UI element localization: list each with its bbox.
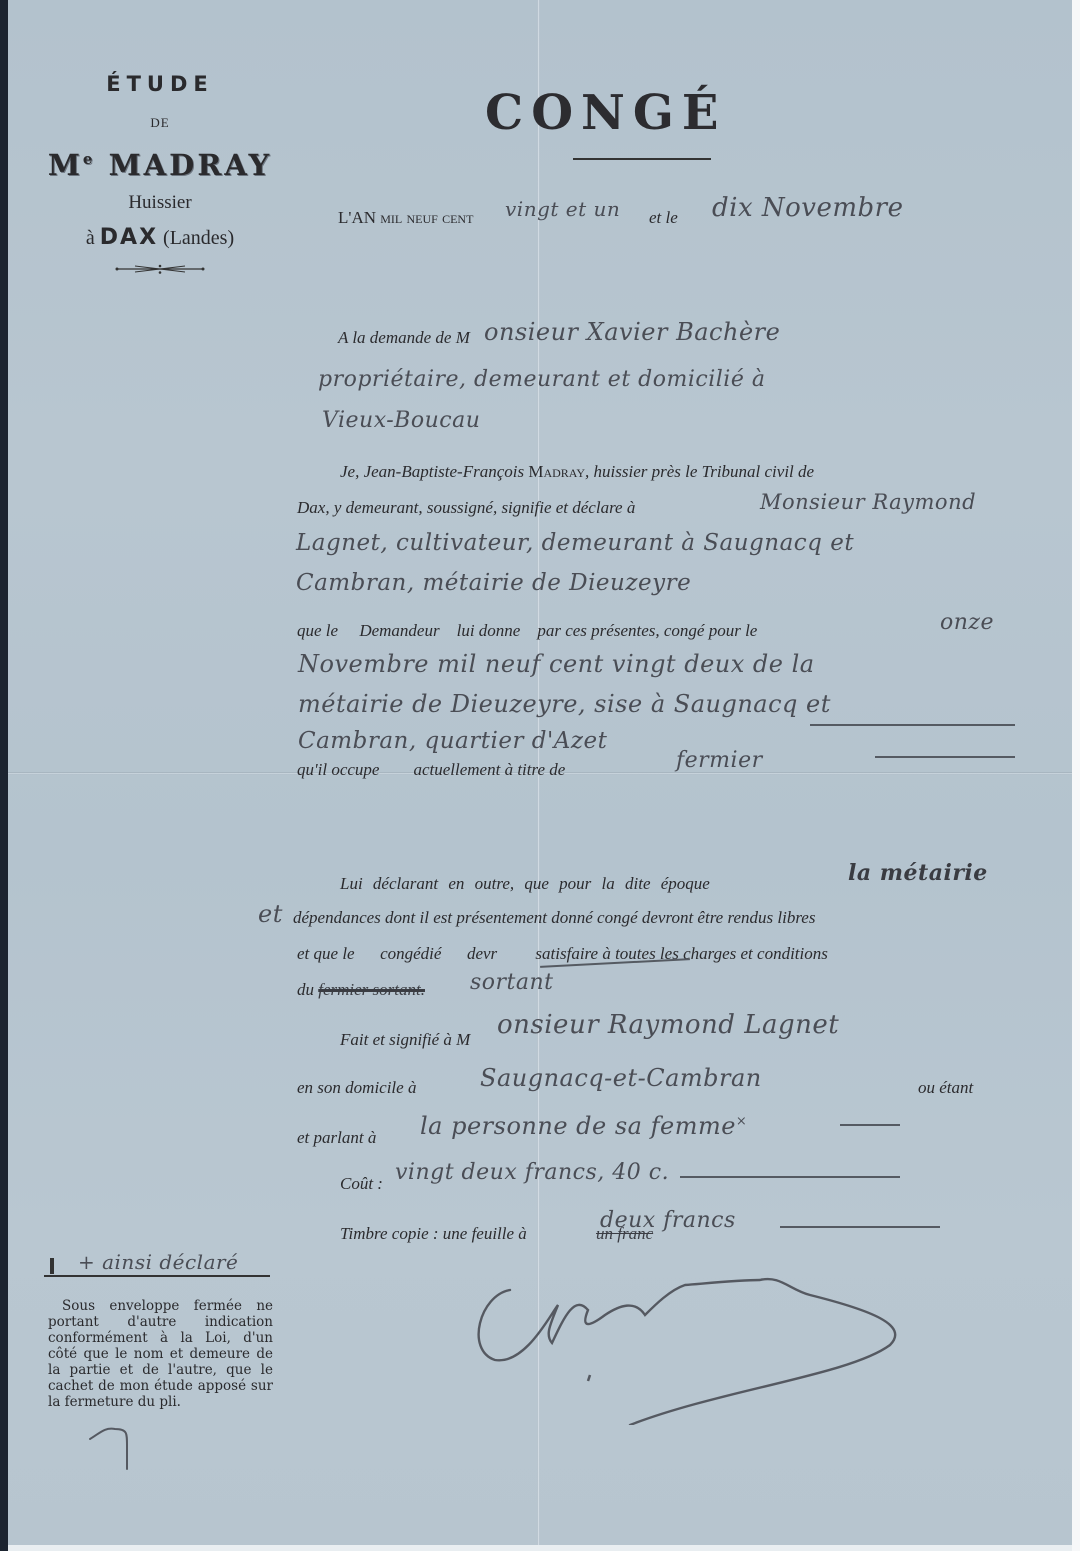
date-line-printed-2: et le xyxy=(649,208,678,228)
letterhead-etude: ÉTUDE xyxy=(30,72,290,96)
clause-line-1: Lui déclarant en outre, que pour la dite… xyxy=(340,874,710,894)
requester-name-handwritten: onsieur Xavier Bachère xyxy=(484,318,780,346)
huissier-name: MADRAY xyxy=(109,148,273,182)
requester-printed: A la demande de M xyxy=(338,328,470,348)
defendant-name-handwritten: Monsieur Raymond xyxy=(760,490,976,514)
service-printed-2b: ou étant xyxy=(918,1078,973,1098)
annotation-rule xyxy=(44,1275,270,1277)
notice-farm-handwritten: métairie de Dieuzeyre, sise à Saugnacq e… xyxy=(298,690,831,718)
clause-sortant-handwritten: sortant xyxy=(470,970,554,995)
defendant-details-handwritten: Lagnet, cultivateur, demeurant à Saugnac… xyxy=(296,530,854,556)
sidebar-annotation-handwritten: + ainsi déclaré xyxy=(78,1250,238,1274)
letterhead-location: à DAX (Landes) xyxy=(30,225,290,250)
date-day-handwritten: dix Novembre xyxy=(712,193,903,223)
paraph-mark-icon xyxy=(85,1425,135,1475)
cost-amount-handwritten: vingt deux francs, 40 c. xyxy=(395,1160,669,1185)
notice-day-handwritten: onze xyxy=(940,610,994,635)
scan-bottom-margin xyxy=(8,1545,1072,1551)
clause-et-handwritten: et xyxy=(258,900,283,928)
service-person-handwritten: onsieur Raymond Lagnet xyxy=(497,1010,839,1040)
notice-printed-1: que le Demandeur lui donne par ces prése… xyxy=(297,621,757,641)
clause-line-3: et que le congédié devr satisfaire à tou… xyxy=(297,944,828,964)
title-underline xyxy=(573,158,711,160)
clause-line-4: du fermier sortant. xyxy=(297,980,425,1000)
service-printed-2: en son domicile à xyxy=(297,1078,416,1098)
fill-line xyxy=(780,1226,940,1228)
scan-left-border xyxy=(0,0,8,1551)
fill-line xyxy=(680,1176,900,1178)
service-printed-1: Fait et signifié à M xyxy=(340,1030,470,1050)
notice-occupe-printed: qu'il occupe actuellement à titre de xyxy=(297,760,565,780)
date-year-handwritten: vingt et un xyxy=(505,197,620,221)
requester-occupation-handwritten: propriétaire, demeurant et domicilié à xyxy=(318,367,765,392)
maitre-prefix: M xyxy=(48,148,83,182)
declaration-line-2: Dax, y demeurant, soussigné, signifie et… xyxy=(297,498,635,518)
date-line-printed-1: L'AN mil neuf cent xyxy=(338,208,473,228)
city: DAX xyxy=(100,225,158,250)
scan-right-margin xyxy=(1072,0,1080,1551)
stamp-amount-handwritten: deux francs xyxy=(600,1208,736,1233)
document-title: CONGÉ xyxy=(485,85,726,141)
notice-title-handwritten: fermier xyxy=(676,748,763,773)
fill-line xyxy=(810,724,1015,726)
letterhead-de: DE xyxy=(30,115,290,131)
letterhead-name: Me MADRAY xyxy=(30,148,290,182)
struck-text: fermier sortant. xyxy=(318,980,425,999)
signature-icon xyxy=(470,1255,910,1425)
clause-line-2: dépendances dont il est présentement don… xyxy=(293,908,815,928)
cross-mark-vertical xyxy=(50,1258,54,1274)
sidebar-legal-note: Sous enveloppe fermée ne portant d'autre… xyxy=(48,1298,273,1410)
defendant-farm-handwritten: Cambran, métairie de Dieuzeyre xyxy=(296,570,691,596)
letterhead-title: Huissier xyxy=(30,192,290,214)
fill-line xyxy=(875,756,1015,758)
service-parlant-handwritten: la personne de sa femme× xyxy=(420,1112,747,1140)
service-domicile-handwritten: Saugnacq-et-Cambran xyxy=(480,1064,762,1092)
maitre-sup: e xyxy=(83,150,96,168)
stamp-label: Timbre copie : une feuille à xyxy=(340,1224,527,1244)
notice-quarter-handwritten: Cambran, quartier d'Azet xyxy=(298,728,607,754)
requester-town-handwritten: Vieux-Boucau xyxy=(322,408,480,433)
cost-label: Coût : xyxy=(340,1174,383,1194)
location-prefix: à xyxy=(86,227,95,249)
declaration-line-1: Je, Jean-Baptiste-François Madray, huiss… xyxy=(340,462,814,482)
clause-metairie-handwritten: la métairie xyxy=(848,860,988,886)
notice-date-handwritten: Novembre mil neuf cent vingt deux de la xyxy=(298,650,815,678)
region: (Landes) xyxy=(163,227,234,249)
flourish-ornament-icon xyxy=(115,264,205,274)
fill-line xyxy=(840,1124,900,1126)
service-printed-3: et parlant à xyxy=(297,1128,376,1148)
